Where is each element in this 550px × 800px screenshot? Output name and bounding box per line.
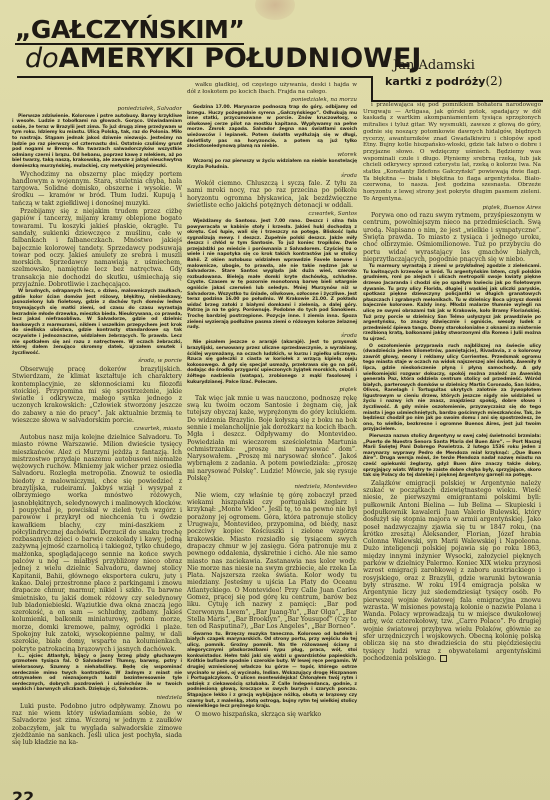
paper-stain bbox=[255, 0, 295, 20]
paragraph: Tak więc jak mnie u was nauczono, podnos… bbox=[187, 395, 357, 483]
headline-prefix: do bbox=[25, 43, 59, 74]
paragraph: Nie wiem, czy właśnie tę górę zobaczył p… bbox=[187, 492, 357, 631]
paragraph: Autobus nasz mija kolejne dzielnice Salv… bbox=[12, 434, 182, 653]
page-number: 22 bbox=[12, 790, 34, 800]
paragraph: Godzina 17.00. Marynarze podnoszą trap d… bbox=[187, 105, 357, 150]
paragraph: Tu marmury wyrastają z ziemi w przykładn… bbox=[363, 264, 541, 342]
paragraph: Obserwuję pracę dokerów brazylijskich. S… bbox=[12, 366, 182, 424]
paragraph: Pierwsza nazwa stolicy Argentyny w swej … bbox=[363, 434, 541, 479]
dateline: piątek, Buenos Aires bbox=[363, 205, 541, 212]
paragraph: Luki puste. Podobno jutro odpływamy. Zno… bbox=[12, 703, 182, 747]
paragraph: i przelewająca się pod pomnikiem bohater… bbox=[363, 102, 541, 203]
paragraph: W brudnych, odrapanych lecz, o dziwo, ma… bbox=[12, 289, 182, 356]
end-of-article-icon bbox=[440, 655, 447, 662]
dateline: czwartek, Santos bbox=[187, 211, 357, 218]
paragraph: Gwarno tu. Brzęczy muzyka taneczna. Kolo… bbox=[187, 632, 357, 710]
paragraph: Wjeżdżamy do Santosu. Jest 7.00 rano. De… bbox=[187, 219, 357, 331]
article-column-2: wałku gładkiej, od częstego używania, de… bbox=[187, 82, 357, 796]
dateline: środa bbox=[187, 333, 357, 340]
dateline: piątek bbox=[187, 387, 357, 394]
paragraph: Wokół ciemno. Chluszczą i syczą fale. Z … bbox=[187, 180, 357, 209]
paragraph: Wczoraj po raz pierwszy w życiu widziałe… bbox=[187, 159, 357, 170]
paragraph: wałku gładkiej, od częstego używania, de… bbox=[187, 82, 357, 95]
paragraph: Przebijamy się z niejakim trudem przez c… bbox=[12, 208, 182, 288]
author-name: Jan Adamski bbox=[393, 58, 475, 73]
headline-rule bbox=[17, 76, 372, 78]
headline-main: AMERYKI POŁUDNIOWEJ bbox=[59, 43, 422, 74]
dateline: czwartek, miasto bbox=[12, 426, 182, 433]
headline-line-2: doAMERYKI POŁUDNIOWEJ bbox=[25, 44, 421, 74]
headline-line-1: „GAŁCZYŃSKIM” bbox=[15, 18, 244, 45]
dateline: poniedziałek, Salvador bbox=[12, 106, 182, 113]
paragraph: O oszołomienie przyprawia ruch najbliższ… bbox=[363, 344, 541, 434]
series-number: (2) bbox=[485, 74, 502, 88]
dateline: środa, w porcie bbox=[12, 358, 182, 365]
article-column-1: poniedziałek, SalvadorPierwsze zdziwieni… bbox=[12, 104, 182, 794]
magazine-page: „GAŁCZYŃSKIM” doAMERYKI POŁUDNIOWEJ Jan … bbox=[0, 0, 550, 800]
headline-rule-step bbox=[371, 76, 373, 101]
paragraph: Nie pisałem jeszcze o ararajé (akarajé).… bbox=[187, 340, 357, 385]
dateline: wtorek bbox=[187, 152, 357, 159]
paragraph: Wychodzimy na obszerny plac między porte… bbox=[12, 171, 182, 207]
paragraph: Pierwsze zdziwienie. Kolorowe i pstre au… bbox=[12, 114, 182, 170]
series-title: kartki z podróży bbox=[385, 75, 485, 88]
paragraph: O mowo hiszpańska, skrząca się warkko bbox=[187, 711, 357, 718]
dateline: niedziela, Montevideo bbox=[187, 484, 357, 491]
dateline: poniedziałek, na morzu bbox=[187, 97, 357, 104]
article-column-3: i przelewająca się pod pomnikiem bohater… bbox=[363, 102, 541, 794]
paragraph: Porywa ono od razu swym rytmem, przyśpie… bbox=[363, 212, 541, 263]
paragraph: Zalążków emigracji polskiej w Argentynie… bbox=[363, 480, 541, 662]
dateline: środa bbox=[187, 173, 357, 180]
paragraph: I... ojciec Atlantyk, bijący o jasny brz… bbox=[12, 654, 182, 693]
series-label: kartki z podróży(2) bbox=[385, 74, 502, 88]
dateline: niedziela bbox=[12, 695, 182, 702]
